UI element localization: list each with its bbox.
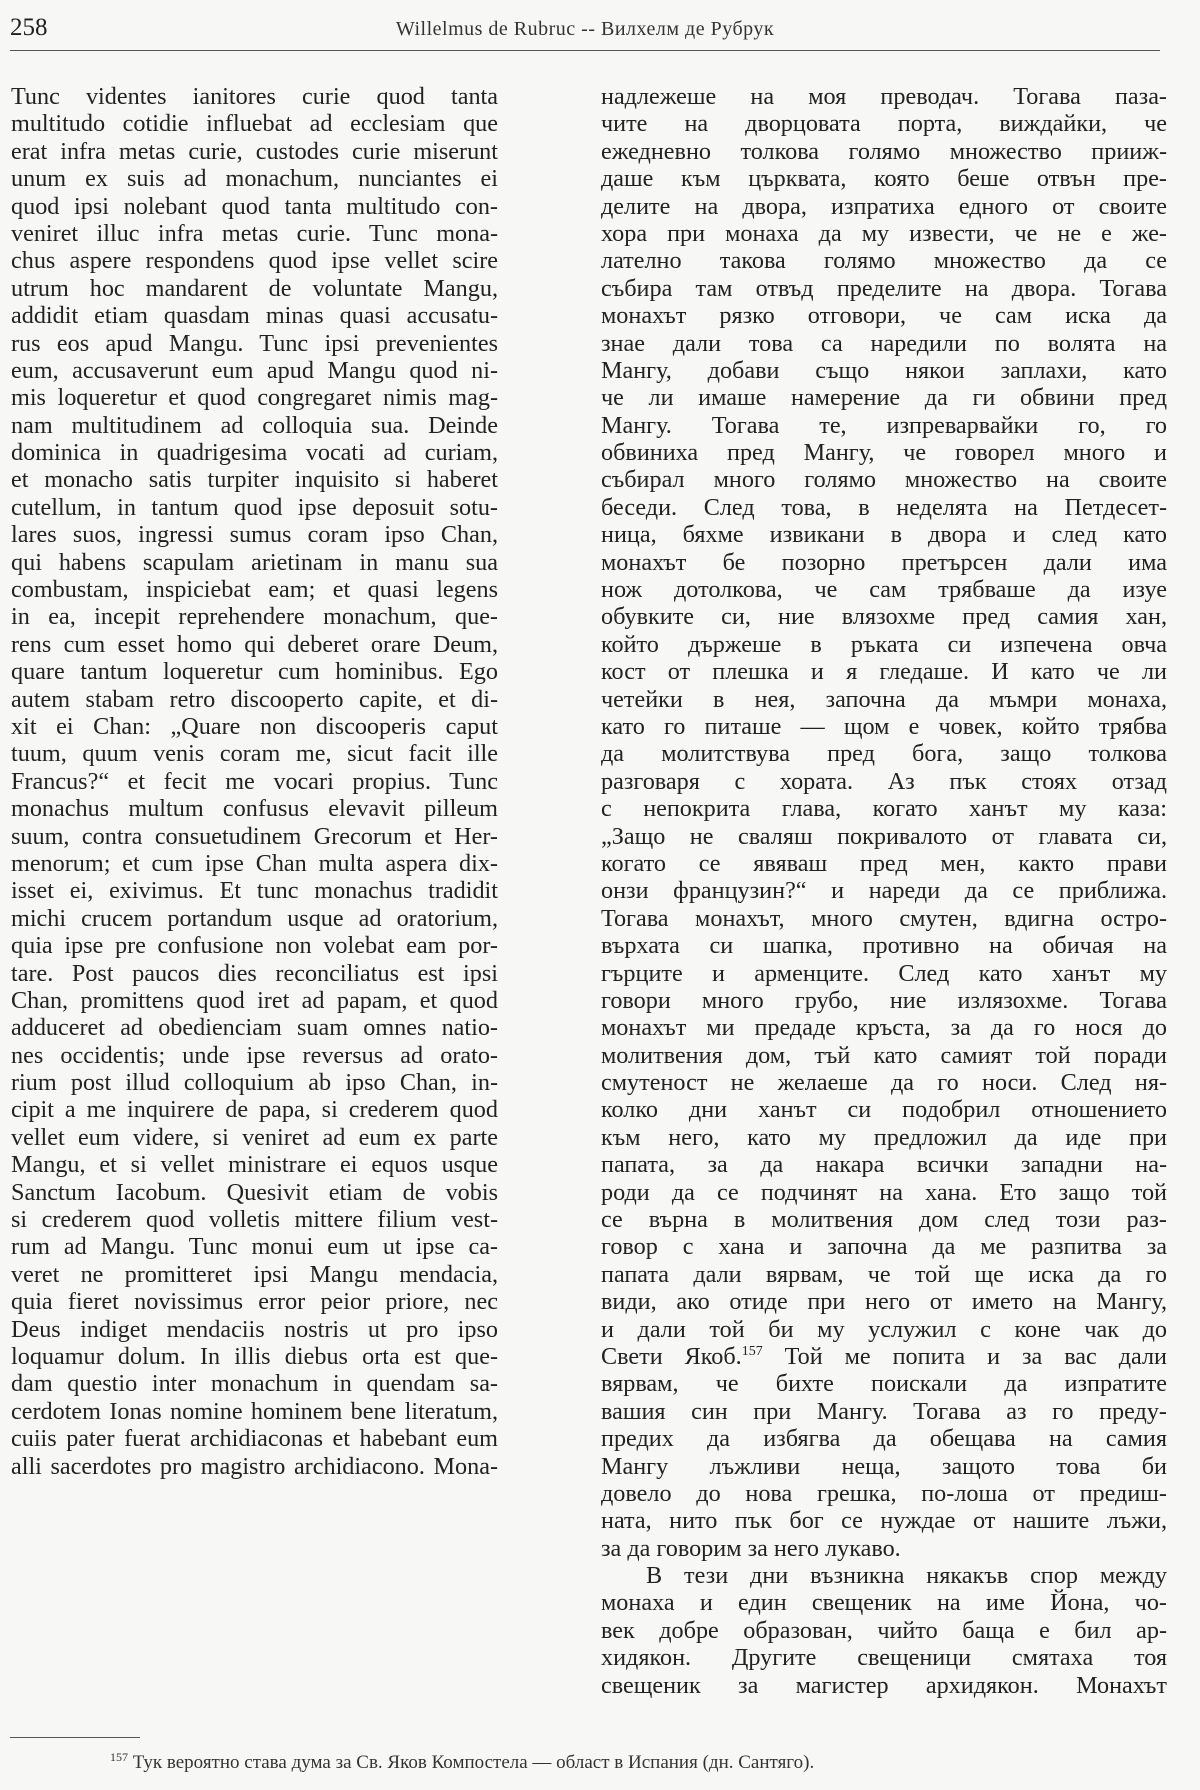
text-line: addidit etiam quasdam minas quasi accusa…	[11, 302, 498, 329]
text-line: eum, accusaverunt eum apud Mangu quod ni…	[11, 357, 498, 384]
footnote-number: 157	[110, 1750, 128, 1764]
text-line: онзи французин?“ и нареди да се приближа…	[601, 877, 1167, 904]
text-line: гърците и арменците. След като ханът му	[601, 960, 1167, 987]
text-line: quod ipsi nolebant quod tanta multitudo …	[11, 193, 498, 220]
text-line: chus aspere respondens quod ipse vellet …	[11, 247, 498, 274]
text-line: „Защо не сваляш покривалото от главата с…	[601, 823, 1167, 850]
text-line: ежедневно толкова голямо множество прииж…	[601, 138, 1167, 165]
footnote-reference[interactable]: 157	[742, 1344, 763, 1359]
text-fragment: Свети Якоб.	[601, 1343, 742, 1370]
text-line: Мангу, добави също някои заплахи, като	[601, 357, 1167, 384]
text-line: nam multitudinem ad colloquia sua. Deind…	[11, 412, 498, 439]
text-line: кост от плешка и я гледаше. И като че ли	[601, 658, 1167, 685]
text-line: quare tantum loqueretur cum hominibus. E…	[11, 658, 498, 685]
footnote: 157 Тук вероятно става дума за Св. Яков …	[110, 1752, 814, 1774]
text-line: in ea, incepit reprehendere monachum, qu…	[11, 603, 498, 630]
text-line: quia ipse pre confusione non volebat eam…	[11, 932, 498, 959]
text-line: и дали той би му услужил с коне чак до	[601, 1316, 1167, 1343]
text-line: tare. Post paucos dies reconciliatus est…	[11, 960, 498, 987]
text-line: isset ei, exivimus. Et tunc monachus tra…	[11, 877, 498, 904]
text-line: към него, като му предложил да иде при	[601, 1124, 1167, 1151]
page-header: 258 Willelmus de Rubruc -- Вилхелм де Ру…	[10, 14, 1160, 44]
text-line: надлежеше на моя преводач. Тогава паза-	[601, 83, 1167, 110]
text-line: rens cum esset homo qui deberet orare De…	[11, 631, 498, 658]
text-line: даше към църквата, която беше отвън пре-	[601, 165, 1167, 192]
text-line: предих да избягва да обещава на самия	[601, 1425, 1167, 1452]
text-line: молитвения дом, тъй като самият той пора…	[601, 1042, 1167, 1069]
text-line: cutellum, in tantum quod ipse deposuit s…	[11, 494, 498, 521]
text-line: монахът бе позорно претърсен дали има	[601, 549, 1167, 576]
text-line: rum ad Mangu. Tunc monui eum ut ipse ca-	[11, 1233, 498, 1260]
text-line: събира там отвъд пределите на двора. Тог…	[601, 275, 1167, 302]
header-rule	[10, 50, 1160, 51]
text-line: cuiis pater fuerat archidiaconas et habe…	[11, 1425, 498, 1452]
text-line: cerdotem Ionas nomine hominem bene liter…	[11, 1398, 498, 1425]
text-line: лателно такова голямо множество да се	[601, 247, 1167, 274]
text-line: век добре образован, чийто баща е бил ар…	[601, 1617, 1167, 1644]
text-line: роди да се подчинят на хана. Ето защо то…	[601, 1179, 1167, 1206]
text-line: разговаря с хората. Аз пък стоях отзад	[601, 768, 1167, 795]
text-line: вашия син при Мангу. Тогава аз го преду-	[601, 1398, 1167, 1425]
text-line: veret ne promitteret ipsi Mangu mendacia…	[11, 1261, 498, 1288]
text-line: dominica in quadrigesima vocati ad curia…	[11, 439, 498, 466]
text-line: Sanctum Iacobum. Quesivit etiam de vobis	[11, 1179, 498, 1206]
text-line: Тогава монахът, много смутен, вдигна ост…	[601, 905, 1167, 932]
text-line: Mangu, et si vellet ministrare ei equos …	[11, 1151, 498, 1178]
bulgarian-text-column: надлежеше на моя преводач. Тогава паза-ч…	[601, 83, 1167, 1699]
text-line: erat infra metas curie, custodes curie m…	[11, 138, 498, 165]
text-line: монахът рязко отговори, че сам иска да	[601, 302, 1167, 329]
text-line-with-footnote-ref: Свети Якоб.157 Той ме попита и за вас да…	[601, 1343, 1167, 1370]
text-line: монаха и един свещеник на име Йона, чо-	[601, 1589, 1167, 1616]
text-line: смутеност не желаеше да го носи. След ня…	[601, 1069, 1167, 1096]
text-line: говори много грубо, ние излязохме. Тогав…	[601, 987, 1167, 1014]
text-line: види, ако отиде при него от името на Ман…	[601, 1288, 1167, 1315]
footnote-text: Тук вероятно става дума за Св. Яков Комп…	[128, 1752, 814, 1773]
text-line: се върна в молитвения дом след този раз-	[601, 1206, 1167, 1233]
text-line: vellet eum videre, si veniret ad eum ex …	[11, 1124, 498, 1151]
text-line: menorum; et cum ipse Chan multa aspera d…	[11, 850, 498, 877]
text-line: чите на дворцовата порта, виждайки, че	[601, 110, 1167, 137]
text-line: събирал много голямо множество на своите	[601, 466, 1167, 493]
text-line: monachus multum confusus elevavit pilleu…	[11, 795, 498, 822]
text-line: върхата си шапка, противно на обичая на	[601, 932, 1167, 959]
text-line: Chan, promittens quod iret ad papam, et …	[11, 987, 498, 1014]
text-line: michi crucem portandum usque ad oratoriu…	[11, 905, 498, 932]
text-line: utrum hoc mandarent de voluntate Mangu,	[11, 275, 498, 302]
running-title: Willelmus de Rubruc -- Вилхелм де Рубрук	[10, 18, 1160, 41]
text-line: говор с хана и започна да ме разпитва за	[601, 1233, 1167, 1260]
text-line: mis loqueretur et quod congregaret nimis…	[11, 384, 498, 411]
text-line: lares suos, ingressi sumus coram ipso Ch…	[11, 521, 498, 548]
text-line: adduceret ad obedienciam suam omnes nati…	[11, 1014, 498, 1041]
text-line: нож дотолкова, че сам трябваше да изуе	[601, 576, 1167, 603]
text-line: с непокрита глава, когато ханът му каза:	[601, 795, 1167, 822]
latin-text-column: Tunc videntes ianitores curie quod tanta…	[11, 83, 498, 1480]
text-line: alli sacerdotes pro magistro archidiacon…	[11, 1453, 498, 1480]
text-line: като го питаше — щом е човек, който тряб…	[601, 713, 1167, 740]
text-line: nes occidentis; unde ipse reversus ad or…	[11, 1042, 498, 1069]
text-line: обвиниха пред Мангу, че говорел много и	[601, 439, 1167, 466]
text-line: че ли имаше намерение да ги обвини пред	[601, 384, 1167, 411]
text-line: вярвам, че бихте поискали да изпратите	[601, 1370, 1167, 1397]
text-line: Deus indiget mendaciis nostris ut pro ip…	[11, 1316, 498, 1343]
text-line: Tunc videntes ianitores curie quod tanta	[11, 83, 498, 110]
text-line: et monacho satis turpiter inquisito si h…	[11, 466, 498, 493]
text-line: хора при монаха да му извести, че не е ж…	[601, 220, 1167, 247]
text-line: обувките си, ние влязохме пред самия хан…	[601, 603, 1167, 630]
text-line: veniret illuc infra metas curie. Tunc mo…	[11, 220, 498, 247]
text-line: ница, бяхме извикани в двора и след като	[601, 521, 1167, 548]
text-line: ната, нито пък бог се нуждае от нашите л…	[601, 1507, 1167, 1534]
text-line: dam questio inter monachum in quendam sa…	[11, 1370, 498, 1397]
text-line: папата, за да накара всички западни на-	[601, 1151, 1167, 1178]
text-line: suum, contra consuetudinem Grecorum et H…	[11, 823, 498, 850]
text-line: multitudo cotidie influebat ad ecclesiam…	[11, 110, 498, 137]
text-line: довело до нова грешка, по-лоша от предиш…	[601, 1480, 1167, 1507]
text-line: свещеник за магистер архидякон. Монахът	[601, 1672, 1167, 1699]
text-line: si crederem quod volletis mittere filium…	[11, 1206, 498, 1233]
text-line: когато се явяваш пред мен, както прави	[601, 850, 1167, 877]
text-line: combustam, inspiciebat eam; et quasi leg…	[11, 576, 498, 603]
text-line: loquamur dolum. In illis diebus orta est…	[11, 1343, 498, 1370]
text-line: да молитствува пред бога, защо толкова	[601, 740, 1167, 767]
text-line: Francus?“ et fecit me vocari propius. Tu…	[11, 768, 498, 795]
text-line: tuum, quum venis coram me, sicut facit i…	[11, 740, 498, 767]
text-line: папата дали вярвам, че той ще иска да го	[601, 1261, 1167, 1288]
text-line: unum ex suis ad monachum, nunciantes ei	[11, 165, 498, 192]
text-line: за да говорим за него лукаво.	[601, 1535, 1167, 1562]
text-line: В тези дни възникна някакъв спор между	[601, 1562, 1167, 1589]
text-fragment: Той ме попита и за вас дали	[763, 1343, 1167, 1370]
text-line: Мангу лъжливи неща, защото това би	[601, 1453, 1167, 1480]
text-line: cipit a me inquirere de papa, si credere…	[11, 1096, 498, 1123]
text-line: Мангу. Тогава те, изпреварвайки го, го	[601, 412, 1167, 439]
text-line: монахът ми предаде кръста, за да го нося…	[601, 1014, 1167, 1041]
text-line: autem stabam retro discooperto capite, e…	[11, 686, 498, 713]
text-line: четейки в нея, започна да мъмри монаха,	[601, 686, 1167, 713]
footnote-rule	[10, 1737, 140, 1738]
text-line: xit ei Chan: „Quare non discooperis capu…	[11, 713, 498, 740]
text-line: знае дали това са наредили по волята на	[601, 330, 1167, 357]
text-line: който държеше в ръката си изпечена овча	[601, 631, 1167, 658]
text-line: хидякон. Другите свещеници смятаха тоя	[601, 1644, 1167, 1671]
text-line: quia fieret novissimus error peior prior…	[11, 1288, 498, 1315]
text-line: колко дни ханът си подобрил отношението	[601, 1096, 1167, 1123]
text-line: делите на двора, изпратиха едного от сво…	[601, 193, 1167, 220]
text-line: беседи. След това, в неделята на Петдесе…	[601, 494, 1167, 521]
text-line: rium post illud colloquium ab ipso Chan,…	[11, 1069, 498, 1096]
text-line: qui habens scapulam arietinam in manu su…	[11, 549, 498, 576]
text-line: rus eos apud Mangu. Tunc ipsi prevenient…	[11, 330, 498, 357]
